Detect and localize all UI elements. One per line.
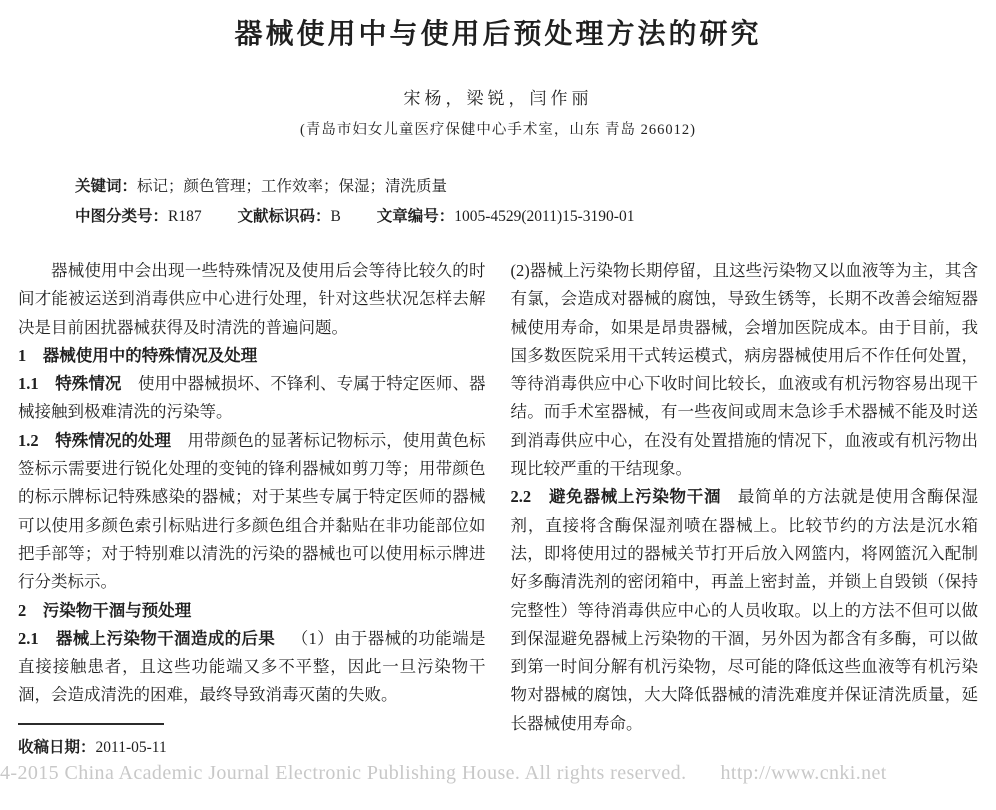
section-2-2-text: 最简单的方法就是使用含酶保湿剂，直接将含酶保湿剂喷在器械上。比较节约的方法是沉水… <box>511 487 979 732</box>
keywords-value: 标记；颜色管理；工作效率；保湿；清洗质量 <box>137 178 447 195</box>
section-2-2-paragraph: 2.2 避免器械上污染物干涸最简单的方法就是使用含酶保湿剂，直接将含酶保湿剂喷在… <box>511 483 979 738</box>
article-id-label: 文章编号： <box>377 208 455 225</box>
received-date-label: 收稿日期： <box>18 739 96 756</box>
watermark-text: 4-2015 China Academic Journal Electronic… <box>0 762 686 784</box>
article-id-value: 1005-4529(2011)15-3190-01 <box>454 208 634 225</box>
watermark-url: http://www.cnki.net <box>720 762 886 784</box>
section-2-2-label: 2.2 避免器械上污染物干涸 <box>511 487 722 506</box>
cnki-watermark: 4-2015 China Academic Journal Electronic… <box>0 762 996 785</box>
section-2-1-label: 2.1 器械上污染物干涸造成的后果 <box>18 629 275 648</box>
section-1-2-paragraph: 1.2 特殊情况的处理用带颜色的显著标记物标示，使用黄色标签标示需要进行锐化处理… <box>18 427 486 597</box>
section-2-1-paragraph: 2.1 器械上污染物干涸造成的后果（1）由于器械的功能端是直接接触患者，且这些功… <box>18 625 486 710</box>
section-2-heading: 2 污染物干涸与预处理 <box>18 597 486 625</box>
left-column: 器械使用中会出现一些特殊情况及使用后会等待比较久的时间才能被运送到消毒供应中心进… <box>18 257 486 762</box>
received-date-value: 2011-05-11 <box>96 739 167 756</box>
clc-group: 中图分类号：R187 <box>75 208 202 225</box>
classification-line: 中图分类号：R187 文献标识码：B 文章编号：1005-4529(2011)1… <box>75 202 996 232</box>
section-1-1-label: 1.1 特殊情况 <box>18 374 121 393</box>
doc-code-label: 文献标识码： <box>237 208 330 225</box>
clc-value: R187 <box>168 208 202 225</box>
clc-label: 中图分类号： <box>75 208 168 225</box>
body-columns: 器械使用中会出现一些特殊情况及使用后会等待比较久的时间才能被运送到消毒供应中心进… <box>0 257 996 762</box>
doc-code-value: B <box>331 208 341 225</box>
affiliation: (青岛市妇女儿童医疗保健中心手术室，山东 青岛 266012) <box>0 118 996 139</box>
section-1-heading: 1 器械使用中的特殊情况及处理 <box>18 342 486 370</box>
article-id-group: 文章编号：1005-4529(2011)15-3190-01 <box>377 208 635 225</box>
consequence-2-paragraph: (2)器械上污染物长期停留，且这些污染物又以血液等为主，其含有氯，会造成对器械的… <box>511 257 979 483</box>
page-title: 器械使用中与使用后预处理方法的研究 <box>0 0 996 52</box>
received-date-line: 收稿日期：2011-05-11 <box>18 734 486 762</box>
section-1-2-text: 用带颜色的显著标记物标示，使用黄色标签标示需要进行锐化处理的变钝的锋利器械如剪刀… <box>18 431 486 591</box>
authors: 宋杨，梁锐，闫作丽 <box>0 84 996 109</box>
journal-page: 器械使用中与使用后预处理方法的研究 宋杨，梁锐，闫作丽 (青岛市妇女儿童医疗保健… <box>0 0 996 810</box>
doc-code-group: 文献标识码：B <box>237 208 340 225</box>
intro-paragraph: 器械使用中会出现一些特殊情况及使用后会等待比较久的时间才能被运送到消毒供应中心进… <box>18 257 486 342</box>
section-1-2-label: 1.2 特殊情况的处理 <box>18 431 171 450</box>
keywords-label: 关键词： <box>75 178 137 195</box>
keywords-line: 关键词：标记；颜色管理；工作效率；保湿；清洗质量 <box>75 172 996 202</box>
right-column: (2)器械上污染物长期停留，且这些污染物又以血液等为主，其含有氯，会造成对器械的… <box>511 257 979 762</box>
footnote: 收稿日期：2011-05-11 <box>18 723 486 762</box>
section-1-1-paragraph: 1.1 特殊情况使用中器械损坏、不锋利、专属于特定医师、器械接触到极难清洗的污染… <box>18 370 486 427</box>
article-meta: 关键词：标记；颜色管理；工作效率；保湿；清洗质量 中图分类号：R187 文献标识… <box>75 172 996 232</box>
footnote-divider <box>18 723 164 725</box>
